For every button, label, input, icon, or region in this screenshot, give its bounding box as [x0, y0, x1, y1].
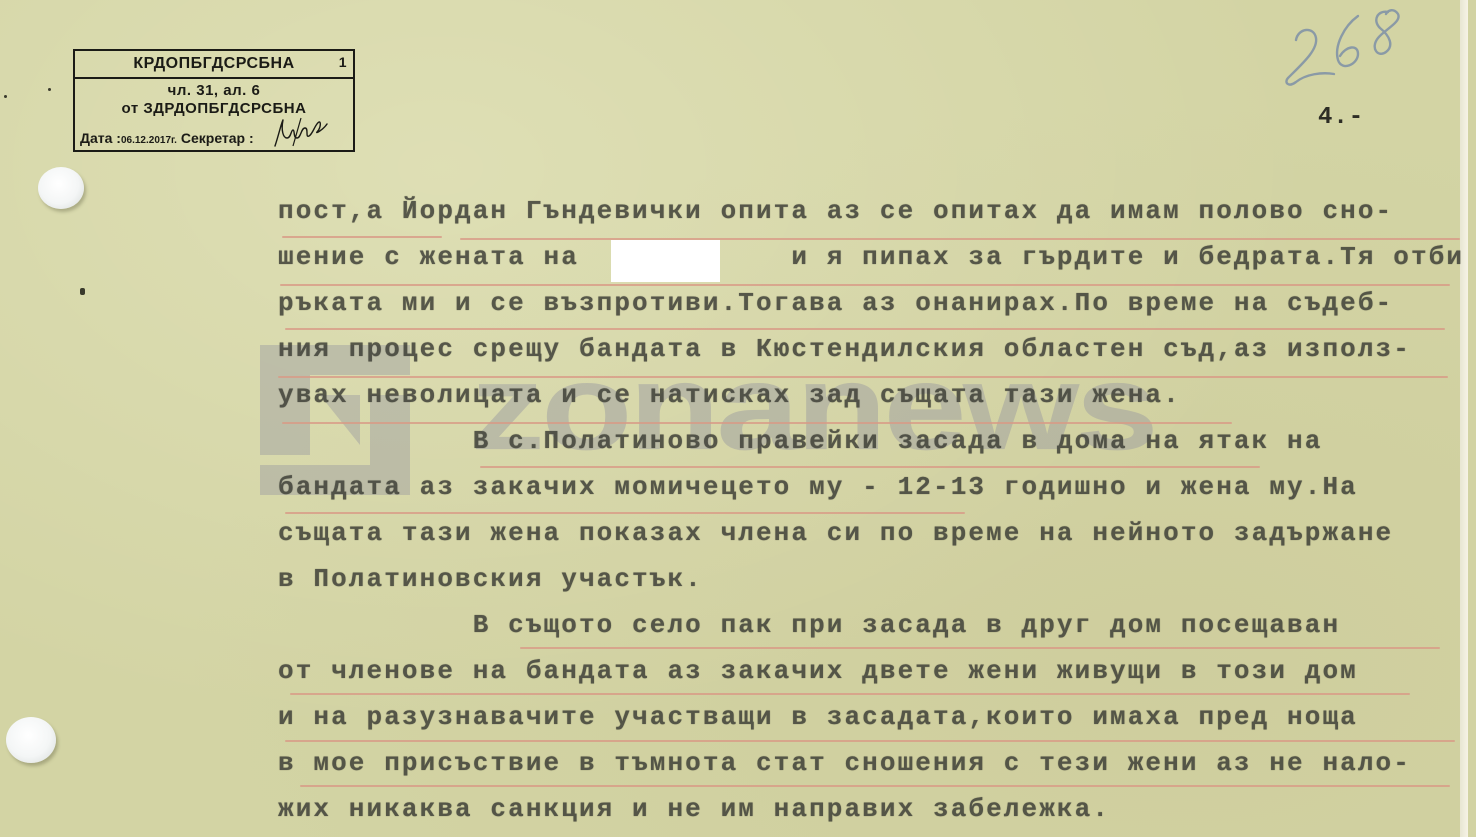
text-line: в мое присъствие в тъмнота стат сношения…: [278, 748, 1411, 778]
page-index: 4.-: [1318, 104, 1364, 131]
underline: [282, 422, 1232, 424]
stamp-date-value: 06.12.2017г.: [121, 135, 177, 146]
underline: [285, 740, 1455, 742]
text-line: от членове на бандата аз закачих двете ж…: [278, 656, 1358, 686]
paper-speck: [48, 88, 51, 91]
text-line: шение с жената на и я пипах за гърдите и…: [278, 242, 1464, 272]
text-line: жих никаква санкция и не им направих заб…: [278, 794, 1110, 824]
text-line: в Полатиновския участък.: [278, 564, 703, 594]
stamp-title: КРДОПБГДСРСБНА: [133, 55, 294, 72]
text-line: пост,а Йордан Гъндевички опита аз се опи…: [278, 196, 1393, 226]
punch-hole: [6, 717, 56, 763]
underline: [460, 238, 1460, 240]
archive-page-number: 268: [1282, 2, 1412, 92]
text-line: ръката ми и се възпротиви.Тогава аз онан…: [278, 288, 1393, 318]
underline: [278, 376, 1448, 378]
stamp-article: чл. 31, ал. 6: [75, 82, 353, 100]
underline: [480, 466, 1260, 468]
underline: [280, 284, 1450, 286]
declassification-stamp: КРДОПБГДСРСБНА 1 чл. 31, ал. 6 от ЗДРДОП…: [73, 49, 355, 152]
signature-icon: [271, 116, 329, 148]
stamp-date-label: Дата :: [80, 130, 121, 146]
text-line: същата тази жена показах члена си по вре…: [278, 518, 1393, 548]
underline: [285, 328, 1445, 330]
text-line: В с.Полатиново правейки засада в дома на…: [278, 426, 1322, 456]
stamp-number: 1: [339, 49, 347, 75]
underline: [300, 785, 1450, 787]
stamp-secretary-label: Секретар :: [177, 130, 254, 146]
stamp-date-row: Дата :06.12.2017г. Секретар :: [80, 130, 254, 146]
text-line: бандата аз закачих момичецето му - 12-13…: [278, 472, 1358, 502]
punch-hole: [38, 167, 84, 209]
text-line: ния процес срещу бандата в Кюстендилския…: [278, 334, 1411, 364]
text-line: В същото село пак при засада в друг дом …: [278, 610, 1340, 640]
redacted-name: [611, 240, 720, 282]
underline: [282, 236, 442, 238]
paper-speck: [4, 95, 7, 98]
page-edge: [1460, 0, 1468, 837]
underline: [520, 647, 1440, 649]
paper-speck: [80, 288, 85, 295]
underline: [285, 512, 965, 514]
document-page: КРДОПБГДСРСБНА 1 чл. 31, ал. 6 от ЗДРДОП…: [0, 0, 1468, 837]
text-line: и на разузнавачите участващи в засадата,…: [278, 702, 1358, 732]
underline: [290, 693, 1410, 695]
text-line: увах неволицата и се натисках зад същата…: [278, 380, 1181, 410]
stamp-header: КРДОПБГДСРСБНА 1: [75, 51, 353, 79]
